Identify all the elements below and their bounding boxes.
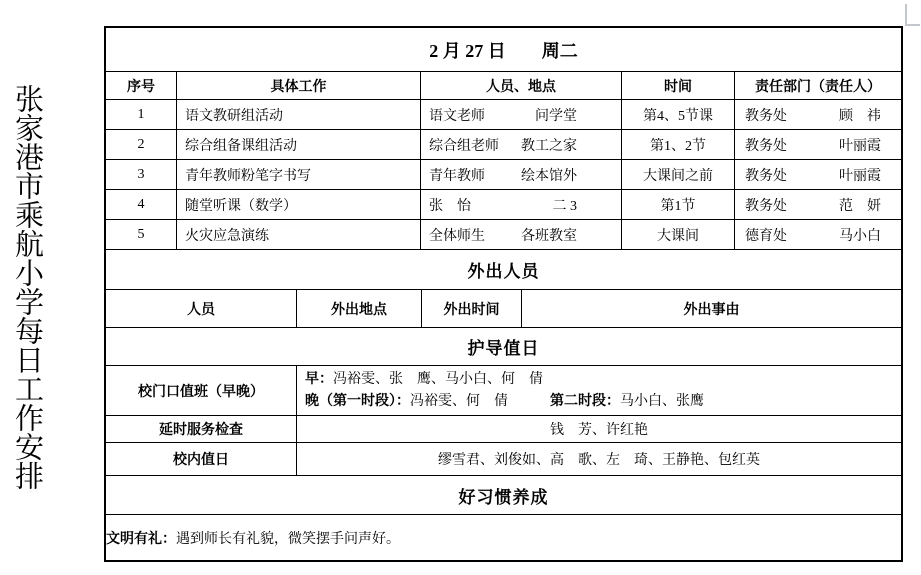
delay-service-names: 钱 芳、许红艳 [297, 416, 901, 443]
table-row: 4 随堂听课（数学） 张 怡 二 3 第1节 教务处 范 妍 [106, 190, 901, 220]
row-person-place: 综合组老师 教工之家 [421, 130, 622, 160]
habit-content-row: 文明有礼：遇到师长有礼貌，微笑摆手问声好。 [106, 515, 901, 560]
outing-header-person: 人员 [106, 290, 297, 328]
row-person: 张 怡 [429, 195, 471, 215]
row-owner: 范 妍 [839, 195, 881, 215]
header-no: 序号 [106, 72, 177, 100]
row-work: 火灾应急演练 [177, 220, 421, 250]
campus-duty-label: 校内值日 [106, 443, 297, 476]
date-title: 2 月 27 日 周二 [106, 28, 901, 72]
gate-morning-label: 早： [305, 372, 333, 387]
habit-title-row: 好习惯养成 [106, 476, 901, 515]
outing-header-place: 外出地点 [297, 290, 422, 328]
row-person: 青年教师 [429, 165, 485, 185]
document-vertical-title: 张家港市乘航小学每日工作安排 [12, 84, 41, 490]
row-work: 综合组备课组活动 [177, 130, 421, 160]
row-work: 随堂听课（数学） [177, 190, 421, 220]
row-place: 绘本馆外 [521, 165, 577, 185]
outing-header-row: 人员 外出地点 外出时间 外出事由 [106, 290, 901, 328]
row-dept-owner: 教务处 叶丽霞 [735, 130, 901, 160]
row-owner: 叶丽霞 [839, 165, 881, 185]
row-dept-owner: 教务处 顾 祎 [735, 100, 901, 130]
gate-evening-line: 晚（第一时段）：冯裕雯、何 倩 第二时段：马小白、张鹰 [305, 391, 704, 413]
row-place: 各班教室 [521, 225, 577, 245]
row-no: 1 [106, 100, 177, 130]
table-row: 1 语文教研组活动 语文老师 问学堂 第4、5节课 教务处 顾 祎 [106, 100, 901, 130]
row-dept: 德育处 [745, 225, 787, 245]
row-person-place: 青年教师 绘本馆外 [421, 160, 622, 190]
duty-title-row: 护导值日 [106, 328, 901, 366]
row-time: 大课间 [622, 220, 735, 250]
row-dept: 教务处 [745, 165, 787, 185]
row-time: 第1、2节 [622, 130, 735, 160]
row-owner: 马小白 [839, 225, 881, 245]
row-owner: 叶丽霞 [839, 135, 881, 155]
row-dept: 教务处 [745, 195, 787, 215]
gate-evening-names1: 冯裕雯、何 倩 [410, 394, 550, 409]
table-row: 2 综合组备课组活动 综合组老师 教工之家 第1、2节 教务处 叶丽霞 [106, 130, 901, 160]
row-no: 5 [106, 220, 177, 250]
row-no: 3 [106, 160, 177, 190]
gate-duty-label: 校门口值班（早晚） [106, 366, 297, 416]
table-row: 3 青年教师粉笔字书写 青年教师 绘本馆外 大课间之前 教务处 叶丽霞 [106, 160, 901, 190]
gate-duty-content: 早：冯裕雯、张 鹰、马小白、何 倩 晚（第一时段）：冯裕雯、何 倩 第二时段：马… [297, 366, 901, 416]
outing-title-row: 外出人员 [106, 250, 901, 290]
row-person: 综合组老师 [429, 135, 499, 155]
row-person: 语文老师 [429, 105, 485, 125]
habit-content-text: 遇到师长有礼貌，微笑摆手问声好。 [176, 528, 400, 548]
gate-morning-line: 早：冯裕雯、张 鹰、马小白、何 倩 [305, 369, 543, 391]
row-dept-owner: 教务处 范 妍 [735, 190, 901, 220]
delay-service-label: 延时服务检查 [106, 416, 297, 443]
date-title-row: 2 月 27 日 周二 [106, 28, 901, 72]
row-person-place: 语文老师 问学堂 [421, 100, 622, 130]
row-dept-owner: 德育处 马小白 [735, 220, 901, 250]
gate-duty-row: 校门口值班（早晚） 早：冯裕雯、张 鹰、马小白、何 倩 晚（第一时段）：冯裕雯、… [106, 366, 901, 416]
habit-content-label: 文明有礼： [106, 528, 176, 548]
row-time: 第1节 [622, 190, 735, 220]
header-person-place: 人员、地点 [421, 72, 622, 100]
schedule-header-row: 序号 具体工作 人员、地点 时间 责任部门（责任人） [106, 72, 901, 100]
row-person-place: 张 怡 二 3 [421, 190, 622, 220]
daily-schedule-table: 2 月 27 日 周二 序号 具体工作 人员、地点 时间 责任部门（责任人） 1… [104, 26, 903, 562]
campus-duty-row: 校内值日 缪雪君、刘俊如、高 歌、左 琦、王静艳、包红英 [106, 443, 901, 476]
row-work: 青年教师粉笔字书写 [177, 160, 421, 190]
habit-content: 文明有礼：遇到师长有礼貌，微笑摆手问声好。 [106, 515, 400, 560]
row-work: 语文教研组活动 [177, 100, 421, 130]
row-dept-owner: 教务处 叶丽霞 [735, 160, 901, 190]
habit-section-title: 好习惯养成 [106, 476, 901, 515]
outing-header-reason: 外出事由 [522, 290, 901, 328]
row-time: 第4、5节课 [622, 100, 735, 130]
row-place: 二 3 [553, 195, 578, 215]
row-no: 2 [106, 130, 177, 160]
row-person-place: 全体师生 各班教室 [421, 220, 622, 250]
delay-service-row: 延时服务检查 钱 芳、许红艳 [106, 416, 901, 443]
header-work: 具体工作 [177, 72, 421, 100]
row-place: 问学堂 [535, 105, 577, 125]
gate-evening-label: 晚（第一时段）： [305, 394, 410, 409]
row-person: 全体师生 [429, 225, 485, 245]
header-dept: 责任部门（责任人） [735, 72, 901, 100]
outing-header-time: 外出时间 [422, 290, 522, 328]
row-place: 教工之家 [521, 135, 577, 155]
row-dept: 教务处 [745, 105, 787, 125]
gate-morning-names: 冯裕雯、张 鹰、马小白、何 倩 [333, 372, 543, 387]
gate-evening-names2: 马小白、张鹰 [620, 394, 704, 409]
row-dept: 教务处 [745, 135, 787, 155]
gate-second-period-label: 第二时段： [550, 394, 620, 409]
row-owner: 顾 祎 [839, 105, 881, 125]
table-row: 5 火灾应急演练 全体师生 各班教室 大课间 德育处 马小白 [106, 220, 901, 250]
row-no: 4 [106, 190, 177, 220]
duty-section-title: 护导值日 [106, 328, 901, 366]
page-corner-mark [905, 4, 920, 26]
row-time: 大课间之前 [622, 160, 735, 190]
outing-section-title: 外出人员 [106, 250, 901, 290]
campus-duty-names: 缪雪君、刘俊如、高 歌、左 琦、王静艳、包红英 [297, 443, 901, 476]
header-time: 时间 [622, 72, 735, 100]
